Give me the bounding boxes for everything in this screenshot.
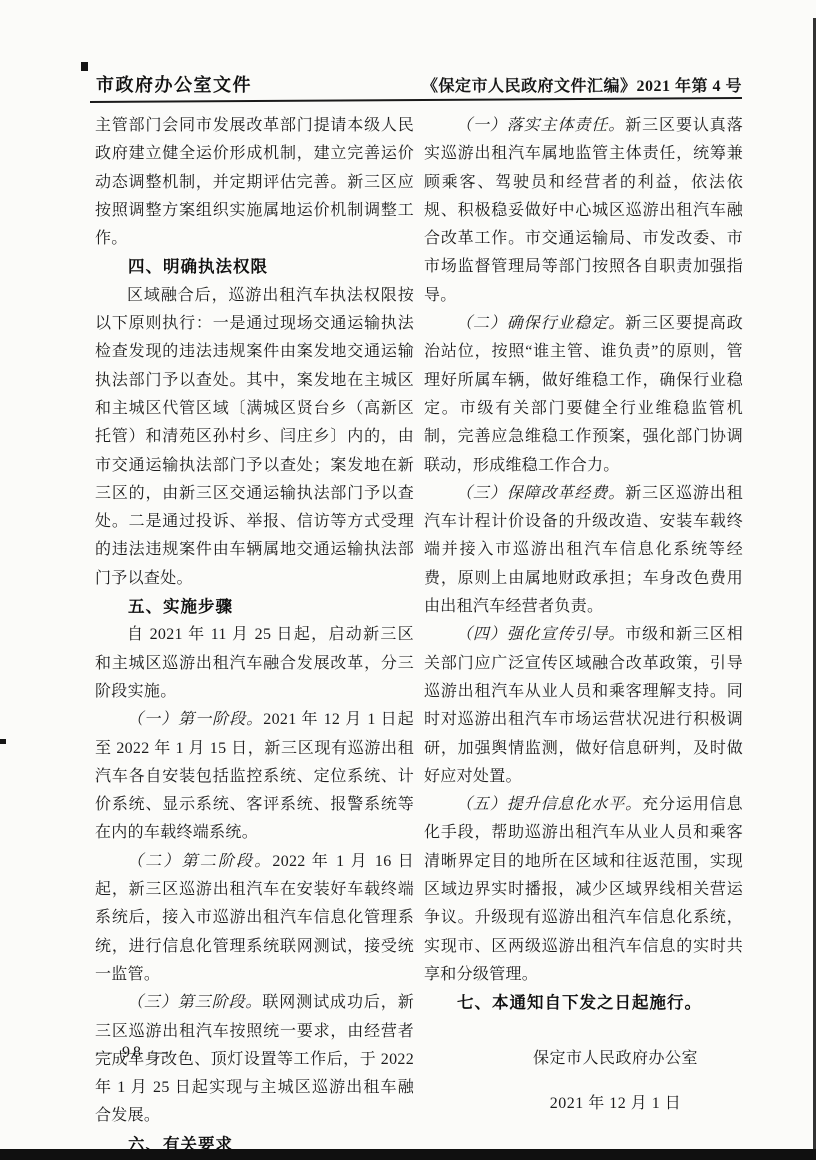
paragraph: （三）保障改革经费。新三区巡游出租汽车计程计价设备的升级改造、安装车载终端并接入… [424, 480, 743, 621]
paragraph-lead: （二）确保行业稳定。 [456, 315, 625, 332]
paragraph-lead: （一）第一阶段。 [127, 711, 263, 728]
document-page: 市政府办公室文件 《保定市人民政府文件汇编》2021 年第 4 号 主管部门会同… [0, 0, 816, 1160]
paragraph: （二）第二阶段。2022 年 1 月 16 日起，新三区巡游出租汽车在安装好车载… [95, 848, 414, 989]
section-heading: 四、明确执法权限 [95, 253, 414, 281]
signature-org: 保定市人民政府办公室 [488, 1036, 743, 1081]
paragraph-text: 新三区要提高政治站位，按照“谁主管、谁负责”的原则，管理好所属车辆，做好维稳工作… [424, 315, 743, 473]
paragraph-lead: （一）落实主体责任。 [456, 117, 625, 134]
header-rule [90, 97, 742, 103]
paragraph: 自 2021 年 11 月 25 日起，启动新三区和主城区巡游出租汽车融合发展改… [95, 621, 414, 706]
right-column: （一）落实主体责任。新三区要认真落实巡游出租汽车属地监管主体责任，统筹兼顾乘客、… [424, 112, 743, 1126]
paragraph: （一）第一阶段。2021 年 12 月 1 日起至 2022 年 1 月 15 … [95, 706, 414, 847]
scan-edge-bottom [0, 1149, 816, 1160]
paragraph: （二）确保行业稳定。新三区要提高政治站位，按照“谁主管、谁负责”的原则，管理好所… [424, 310, 743, 480]
paragraph: （一）落实主体责任。新三区要认真落实巡游出租汽车属地监管主体责任，统筹兼顾乘客、… [424, 112, 743, 310]
paragraph: （四）强化宣传引导。市级和新三区相关部门应广泛宣传区域融合改革政策，引导巡游出租… [424, 621, 743, 791]
paragraph-text: 充分运用信息化手段，帮助巡游出租汽车从业人员和乘客清晰界定目的地所在区域和往返范… [424, 796, 743, 983]
paragraph-text: 新三区要认真落实巡游出租汽车属地监管主体责任，统筹兼顾乘客、驾驶员和经营者的利益… [424, 117, 743, 304]
paragraph: 区域融合后，巡游出租汽车执法权限按以下原则执行：一是通过现场交通运输执法检查发现… [95, 282, 414, 593]
header-right-citation: 《保定市人民政府文件汇编》2021 年第 4 号 [422, 73, 742, 96]
paragraph-lead: （二）第二阶段。 [127, 853, 272, 870]
paragraph-lead: （五）提升信息化水平。 [456, 796, 642, 813]
scan-speck [0, 739, 6, 744]
signature-block: 保定市人民政府办公室 2021 年 12 月 1 日 [424, 1036, 743, 1126]
signature-date: 2021 年 12 月 1 日 [488, 1081, 743, 1126]
paragraph-text: 2022 年 1 月 16 日起，新三区巡游出租汽车在安装好车载终端系统后，接入… [95, 853, 414, 983]
paragraph-text: 市级和新三区相关部门应广泛宣传区域融合改革政策，引导巡游出租汽车从业人员和乘客理… [424, 626, 743, 784]
section-heading: 五、实施步骤 [95, 593, 414, 621]
paragraph-lead: （四）强化宣传引导。 [456, 626, 625, 643]
header-left-title: 市政府办公室文件 [96, 71, 252, 97]
paragraph-text: 2021 年 12 月 1 日起至 2022 年 1 月 15 日，新三区现有巡… [95, 711, 414, 841]
paragraph-lead: （三）第三阶段。 [127, 994, 262, 1011]
section-heading: 七、本通知自下发之日起施行。 [424, 989, 743, 1017]
left-column: 主管部门会同市发展改革部门提请本级人民政府建立健全运价形成机制，建立完善运价动态… [95, 112, 414, 1159]
paragraph-text: 新三区巡游出租汽车计程计价设备的升级改造、安装车载终端并接入市巡游出租汽车信息化… [424, 485, 743, 615]
page-number: — 98 — [96, 1044, 170, 1062]
paragraph: （五）提升信息化水平。充分运用信息化手段，帮助巡游出租汽车从业人员和乘客清晰界定… [424, 791, 743, 989]
scan-speck [81, 62, 88, 71]
paragraph: 主管部门会同市发展改革部门提请本级人民政府建立健全运价形成机制，建立完善运价动态… [95, 112, 414, 253]
paragraph-lead: （三）保障改革经费。 [456, 485, 625, 502]
